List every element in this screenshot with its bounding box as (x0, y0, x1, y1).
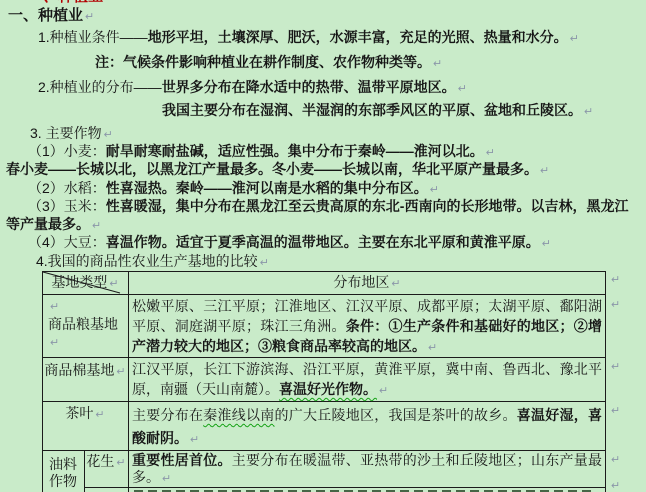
row-end-mark: ↵ (611, 273, 620, 286)
paragraph-corn: （3）玉米：性喜暖湿，集中分布在黑龙江至云贵高原的东北-西南向的长形地带。以吉林… (28, 198, 628, 215)
pilcrow-mark: ↵ (190, 434, 199, 446)
header-label: 分布地区 (333, 274, 389, 290)
paragraph-main-crops-heading: 3. 主要作物↵ (30, 125, 113, 144)
cell-text-wavy: 秦淮线以南 (203, 407, 274, 423)
pilcrow-mark: ↵ (50, 301, 59, 313)
pilcrow-mark: ↵ (260, 257, 269, 269)
pilcrow-mark: ↵ (116, 366, 125, 378)
row-end-mark: ↵ (611, 479, 620, 492)
row-label: 商品棉基地 (44, 362, 114, 378)
paragraph-distribution-world: 2.种植业的分布——世界多分布在降水适中的热带、温带平原地区。↵ (38, 79, 467, 98)
paragraph-distribution-china: 我国主要分布在湿润、半湿润的东部季风区的平原、盆地和丘陵区。↵ (162, 102, 593, 121)
paragraph-corn-continued: 等产量最多。↵ (6, 216, 101, 235)
cell-text: 的广大丘陵地区，我国是茶叶的故乡。 (275, 407, 517, 423)
paragraph-emphasis: 我国主要分布在湿润、半湿润的东部季风区的平原、盆地和丘陵区。 (162, 102, 582, 118)
cell-emphasis: 重要性居首位。 (132, 452, 232, 468)
pilcrow-mark: ↵ (116, 457, 125, 469)
pilcrow-mark: ↵ (92, 220, 101, 232)
paragraph-lead: （4）大豆： (28, 234, 106, 250)
table-border-right (605, 271, 606, 492)
pilcrow-mark: ↵ (162, 473, 171, 485)
row-end-mark: ↵ (611, 298, 620, 311)
pilcrow-mark: ↵ (428, 342, 437, 354)
section-title: 一、种植业↵ (8, 7, 94, 26)
table-row-grain-label: ↵ 商品粮基地↵ (48, 297, 126, 352)
pilcrow-mark: ↵ (95, 409, 104, 421)
row-label: 油料作物 (49, 456, 77, 489)
paragraph-lead: （2）水稻： (28, 180, 106, 196)
paragraph-soybean: （4）大豆：喜温作物。适宜于夏季高温的温带地区。主要在东北平原和黄淮平原。↵ (28, 234, 551, 253)
cell-text: 主要分布在 (132, 407, 203, 423)
pilcrow-mark: ↵ (486, 147, 495, 159)
row-end-mark: ↵ (611, 453, 620, 466)
table-row-oil-label: 油料作物 (49, 456, 81, 490)
table-column-divider (128, 271, 129, 492)
document-page: 一、种植业 一、种植业↵ 1.种植业条件——地形平坦，土壤深厚、肥沃，水源丰富，… (0, 0, 646, 492)
pilcrow-mark: ↵ (433, 58, 442, 70)
table-row-cotton-content: 江汉平原，长江下游滨海、沿江平原，黄淮平原，冀中南、鲁西北、豫北平原，南疆（天山… (132, 359, 602, 401)
table-row-oil-sublabel: 花生↵ (84, 453, 128, 472)
table-border-left (42, 271, 43, 492)
cell-emphasis-wavy: 喜温好光作物。 (279, 381, 377, 397)
paragraph-emphasis: 注：气候条件影响种植业在耕作制度、农作物种类等。 (95, 54, 431, 70)
diagonal-header-line (42, 271, 128, 294)
table-row-oil-content: 重要性居首位。主要分布在暖温带、亚热带的沙土和丘陵地区；山东产量最多。↵ (132, 452, 602, 488)
paragraph-emphasis: 喜温作物。适宜于夏季高温的温带地区。主要在东北平原和黄淮平原。 (106, 234, 540, 250)
pilcrow-mark: ↵ (458, 83, 467, 95)
pilcrow-mark: ↵ (85, 11, 94, 23)
pilcrow-mark: ↵ (542, 238, 551, 250)
table-row-grain-content: 松嫩平原、三江平原；江淮地区、江汉平原、成都平原；太湖平原、鄱阳湖平原、洞庭湖平… (132, 296, 602, 358)
row-sublabel: 花生 (86, 453, 114, 469)
table-row-divider (42, 401, 606, 402)
paragraph-note-climate: 注：气候条件影响种植业在耕作制度、农作物种类等。↵ (95, 54, 442, 73)
paragraph-lead: 4.我国的商品性农业生产基地的比较 (36, 253, 258, 269)
pilcrow-mark: ↵ (570, 33, 579, 45)
comparison-table: 基地类型↵ 分布地区↵ ↵ 商品粮基地↵ 松嫩平原、三江平原；江淮地区、江汉平原… (42, 271, 606, 492)
paragraph-lead: 2.种植业的分布—— (38, 79, 162, 95)
table-row-cotton-label: 商品棉基地↵ (42, 362, 128, 381)
paragraph-lead: 1.种植业条件—— (38, 29, 148, 45)
section-title-text: 一、种植业 (8, 7, 83, 24)
paragraph-emphasis: 地形平坦，土壤深厚、肥沃，水源丰富，充足的光照、热量和水分。 (148, 29, 568, 45)
row-label: 商品粮基地 (48, 316, 118, 332)
pilcrow-mark: ↵ (379, 385, 388, 397)
paragraph-wheat: （1）小麦：耐旱耐寒耐盐碱，适应性强。集中分布于秦岭——淮河以北。↵ (28, 143, 495, 162)
clipped-red-heading-text: 一、种植业 (28, 0, 148, 4)
paragraph-planting-conditions: 1.种植业条件——地形平坦，土壤深厚、肥沃，水源丰富，充足的光照、热量和水分。↵ (38, 29, 579, 48)
clipped-red-heading: 一、种植业 (28, 0, 148, 4)
paragraph-emphasis: 世界多分布在降水适中的热带、温带平原地区。 (162, 79, 456, 95)
paragraph-wheat-spring-winter: 春小麦——长城以北，以黑龙江产量最多。冬小麦——长城以南，华北平原产量最多。↵ (6, 161, 549, 180)
paragraph-emphasis: 性喜湿热。秦岭——淮河以南是水稻的集中分布区。 (106, 180, 428, 196)
table-row-tea-content: 主要分布在秦淮线以南的广大丘陵地区，我国是茶叶的故乡。喜温好湿，喜酸耐阴。↵ (132, 404, 602, 452)
paragraph-emphasis: 耐旱耐寒耐盐碱，适应性强。集中分布于秦岭——淮河以北。 (106, 143, 484, 159)
row-label: 茶叶 (65, 405, 93, 421)
paragraph-lead: （3）玉米： (28, 198, 106, 214)
pilcrow-mark: ↵ (391, 278, 400, 290)
table-header-distribution: 分布地区↵ (128, 274, 606, 293)
row-end-mark: ↵ (611, 360, 620, 373)
paragraph-rice: （2）水稻：性喜湿热。秦岭——淮河以南是水稻的集中分布区。↵ (28, 180, 439, 199)
paragraph-emphasis: 等产量最多。 (6, 216, 90, 232)
pilcrow-mark: ↵ (104, 129, 113, 141)
pilcrow-mark: ↵ (50, 337, 59, 349)
paragraph-lead: （1）小麦： (28, 143, 106, 159)
pilcrow-mark: ↵ (430, 184, 439, 196)
paragraph-base-comparison-heading: 4.我国的商品性农业生产基地的比较↵ (36, 253, 269, 272)
table-row-divider (42, 294, 606, 295)
paragraph-emphasis: 春小麦——长城以北，以黑龙江产量最多。冬小麦——长城以南，华北平原产量最多。 (6, 161, 538, 177)
pilcrow-mark: ↵ (540, 165, 549, 177)
paragraph-emphasis: 性喜暖湿，集中分布在黑龙江至云贵高原的东北-西南向的长形地带。以吉林，黑龙江 (106, 198, 629, 214)
row-end-mark: ↵ (611, 404, 620, 417)
pilcrow-mark: ↵ (584, 106, 593, 118)
paragraph-lead: 3. 主要作物 (30, 125, 102, 141)
table-row-tea-label: 茶叶↵ (42, 405, 128, 424)
